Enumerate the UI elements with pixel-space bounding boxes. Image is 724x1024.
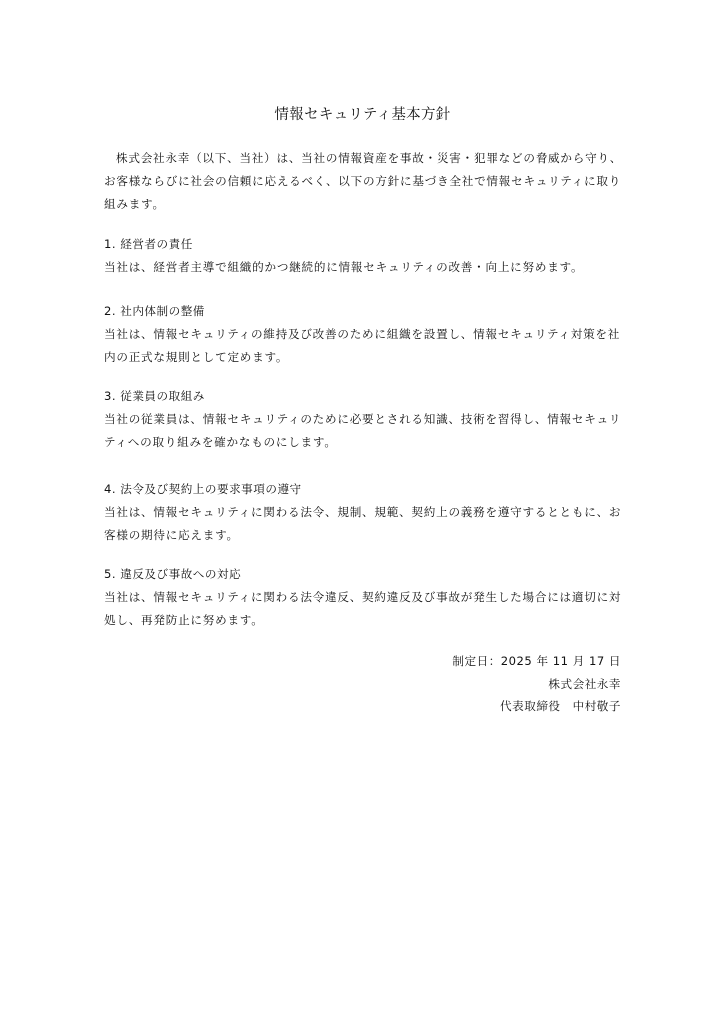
- section-legal-compliance: 4. 法令及び契約上の要求事項の遵守 当社は、情報セキュリティに関わる法令、規制…: [104, 478, 624, 547]
- section-internal-structure: 2. 社内体制の整備 当社は、情報セキュリティの維持及び改善のために組織を設置し…: [104, 300, 624, 369]
- section-body: 当社は、情報セキュリティの維持及び改善のために組織を設置し、情報セキュリティ対策…: [104, 323, 624, 369]
- section-body: 当社は、情報セキュリティに関わる法令、規制、規範、契約上の義務を遵守するとともに…: [104, 501, 624, 547]
- section-heading: 1. 経営者の責任: [104, 233, 624, 256]
- section-body: 当社の従業員は、情報セキュリティのために必要とされる知識、技術を習得し、情報セキ…: [104, 408, 624, 454]
- signature-block: 制定日：2025 年 11 月 17 日 株式会社永幸 代表取締役 中村敬子: [321, 650, 621, 718]
- intro-paragraph: 株式会社永幸（以下、当社）は、当社の情報資産を事故・災害・犯罪などの脅威から守り…: [104, 147, 624, 216]
- company-name: 株式会社永幸: [321, 673, 621, 696]
- section-employee-efforts: 3. 従業員の取組み 当社の従業員は、情報セキュリティのために必要とされる知識、…: [104, 385, 624, 454]
- document-title: 情報セキュリティ基本方針: [104, 104, 621, 126]
- section-heading: 2. 社内体制の整備: [104, 300, 624, 323]
- section-heading: 5. 違反及び事故への対応: [104, 563, 624, 586]
- section-management-responsibility: 1. 経営者の責任 当社は、経営者主導で組織的かつ継続的に情報セキュリティの改善…: [104, 233, 624, 279]
- section-heading: 3. 従業員の取組み: [104, 385, 624, 408]
- section-incident-response: 5. 違反及び事故への対応 当社は、情報セキュリティに関わる法令違反、契約違反及…: [104, 563, 624, 632]
- section-heading: 4. 法令及び契約上の要求事項の遵守: [104, 478, 624, 501]
- section-body: 当社は、経営者主導で組織的かつ継続的に情報セキュリティの改善・向上に努めます。: [104, 256, 624, 279]
- enactment-date: 制定日：2025 年 11 月 17 日: [321, 650, 621, 673]
- section-body: 当社は、情報セキュリティに関わる法令違反、契約違反及び事故が発生した場合には適切…: [104, 586, 624, 632]
- representative-name: 代表取締役 中村敬子: [321, 695, 621, 718]
